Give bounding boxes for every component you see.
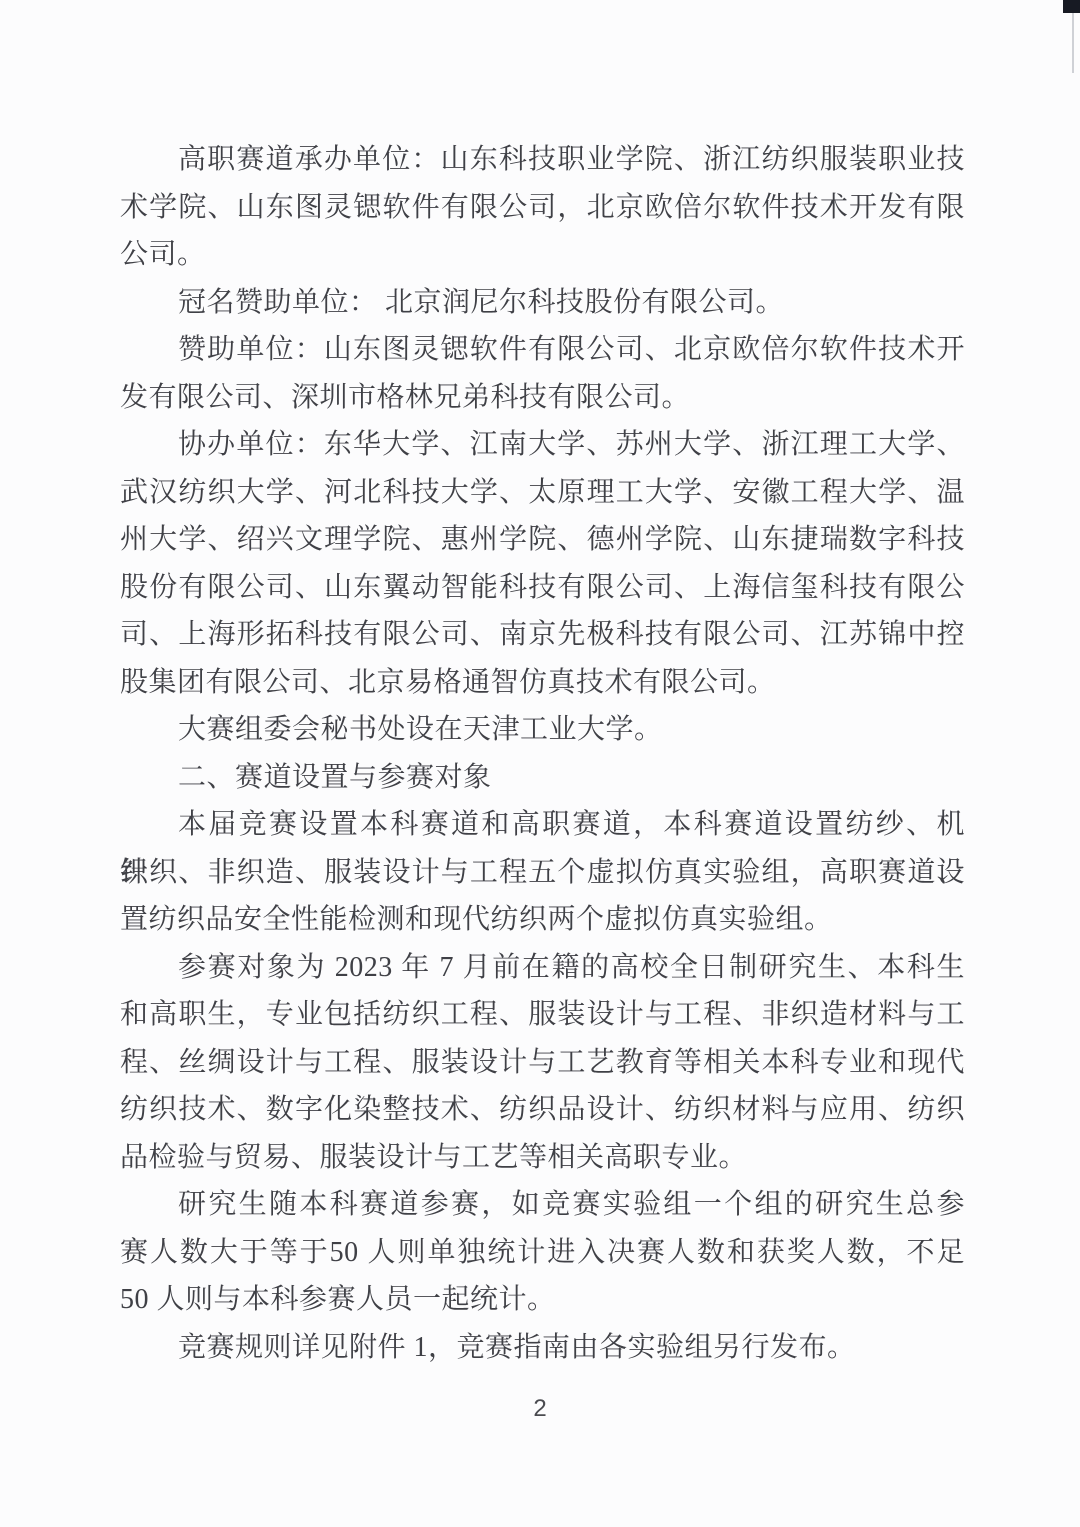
page-number: 2 [0,1394,1080,1424]
text-line: 股集团有限公司、北京易格通智仿真技术有限公司。 [120,659,965,707]
scan-edge-artifact [1072,13,1074,73]
text-line: 50 人则与本科参赛人员一起统计。 [120,1276,965,1324]
text-line: 冠名赞助单位： 北京润尼尔科技股份有限公司。 [120,279,965,327]
scanned-document-page: 高职赛道承办单位：山东科技职业学院、浙江纺织服装职业技 术学院、山东图灵锶软件有… [0,0,1080,1527]
document-body: 高职赛道承办单位：山东科技职业学院、浙江纺织服装职业技 术学院、山东图灵锶软件有… [120,136,965,1371]
text-line: 参赛对象为 2023 年 7 月前在籍的高校全日制研究生、本科生 [120,944,965,992]
text-line: 研究生随本科赛道参赛，如竞赛实验组一个组的研究生总参 [120,1181,965,1229]
text-line: 品检验与贸易、服装设计与工艺等相关高职专业。 [120,1134,965,1182]
text-line: 和高职生，专业包括纺织工程、服装设计与工程、非织造材料与工 [120,991,965,1039]
text-line: 纺织技术、数字化染整技术、纺织品设计、纺织材料与应用、纺织 [120,1086,965,1134]
text-line: 竞赛规则详见附件 1，竞赛指南由各实验组另行发布。 [120,1324,965,1372]
text-line: 武汉纺织大学、河北科技大学、太原理工大学、安徽工程大学、温 [120,469,965,517]
text-line: 司、上海形拓科技有限公司、南京先极科技有限公司、江苏锦中控 [120,611,965,659]
text-line: 术学院、山东图灵锶软件有限公司，北京欧倍尔软件技术开发有限 [120,184,965,232]
text-line: 置纺织品安全性能检测和现代纺织两个虚拟仿真实验组。 [120,896,965,944]
text-line: 针织、非织造、服装设计与工程五个虚拟仿真实验组，高职赛道设 [120,849,965,897]
text-line: 大赛组委会秘书处设在天津工业大学。 [120,706,965,754]
text-line: 赛人数大于等于50 人则单独统计进入决赛人数和获奖人数，不足 [120,1229,965,1277]
section-heading: 二、赛道设置与参赛对象 [120,754,965,802]
text-line: 高职赛道承办单位：山东科技职业学院、浙江纺织服装职业技 [120,136,965,184]
text-line: 州大学、绍兴文理学院、惠州学院、德州学院、山东捷瑞数字科技 [120,516,965,564]
text-line: 公司。 [120,231,965,279]
text-line: 协办单位：东华大学、江南大学、苏州大学、浙江理工大学、 [120,421,965,469]
text-line: 股份有限公司、山东翼动智能科技有限公司、上海信玺科技有限公 [120,564,965,612]
text-line: 本届竞赛设置本科赛道和高职赛道，本科赛道设置纺纱、机织、 [120,801,965,849]
text-line: 程、丝绸设计与工程、服装设计与工艺教育等相关本科专业和现代 [120,1039,965,1087]
scan-corner-artifact [1063,0,1080,13]
text-line: 发有限公司、深圳市格林兄弟科技有限公司。 [120,374,965,422]
text-line: 赞助单位：山东图灵锶软件有限公司、北京欧倍尔软件技术开 [120,326,965,374]
